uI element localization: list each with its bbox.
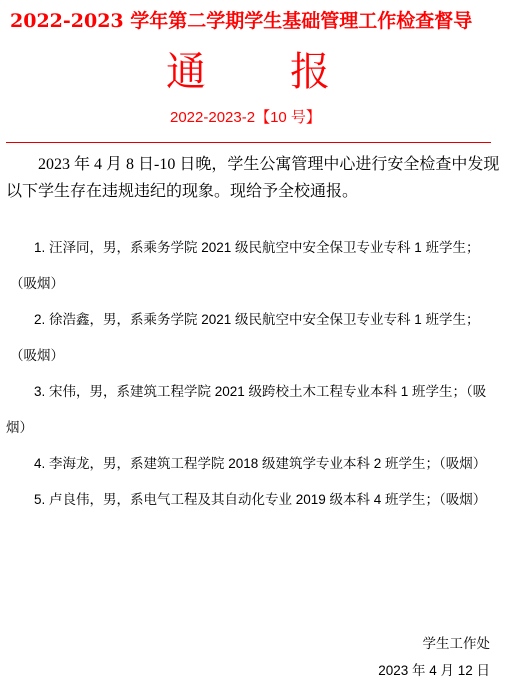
list-item: 5. 卢良伟，男，系电气工程及其自动化专业 2019 级本科 4 班学生；（吸烟… — [34, 488, 486, 508]
intro-paragraph-line-1: 2023 年 4 月 8 日-10 日晚，学生公寓管理中心进行安全检查中发现 — [38, 151, 499, 174]
intro-paragraph-line-2: 以下学生存在违规违纪的现象。现给予全校通报。 — [6, 178, 358, 201]
list-item-continuation: 烟） — [6, 416, 33, 436]
document-number: 2022-2023-2【10 号】 — [170, 106, 321, 127]
list-item-continuation: （吸烟） — [10, 272, 64, 292]
list-item: 2. 徐浩鑫，男，系乘务学院 2021 级民航空中安全保卫专业专科 1 班学生； — [34, 308, 480, 328]
issuer-name: 学生工作处 — [423, 632, 491, 652]
list-item: 3. 宋伟，男，系建筑工程学院 2021 级跨校土木工程专业本科 1 班学生；（… — [34, 380, 486, 400]
notice-heading-char-2: 报 — [290, 40, 330, 97]
list-item-continuation: （吸烟） — [10, 344, 64, 364]
header-divider — [6, 142, 491, 143]
issue-date: 2023 年 4 月 12 日 — [378, 659, 490, 679]
document-title: 2022-2023 学年第二学期学生基础管理工作检查督导 — [10, 6, 472, 33]
list-item: 4. 李海龙，男，系建筑工程学院 2018 级建筑学专业本科 2 班学生；（吸烟… — [34, 452, 486, 472]
list-item: 1. 汪泽同，男，系乘务学院 2021 级民航空中安全保卫专业专科 1 班学生； — [34, 236, 480, 256]
notice-heading-char-1: 通 — [166, 40, 206, 97]
